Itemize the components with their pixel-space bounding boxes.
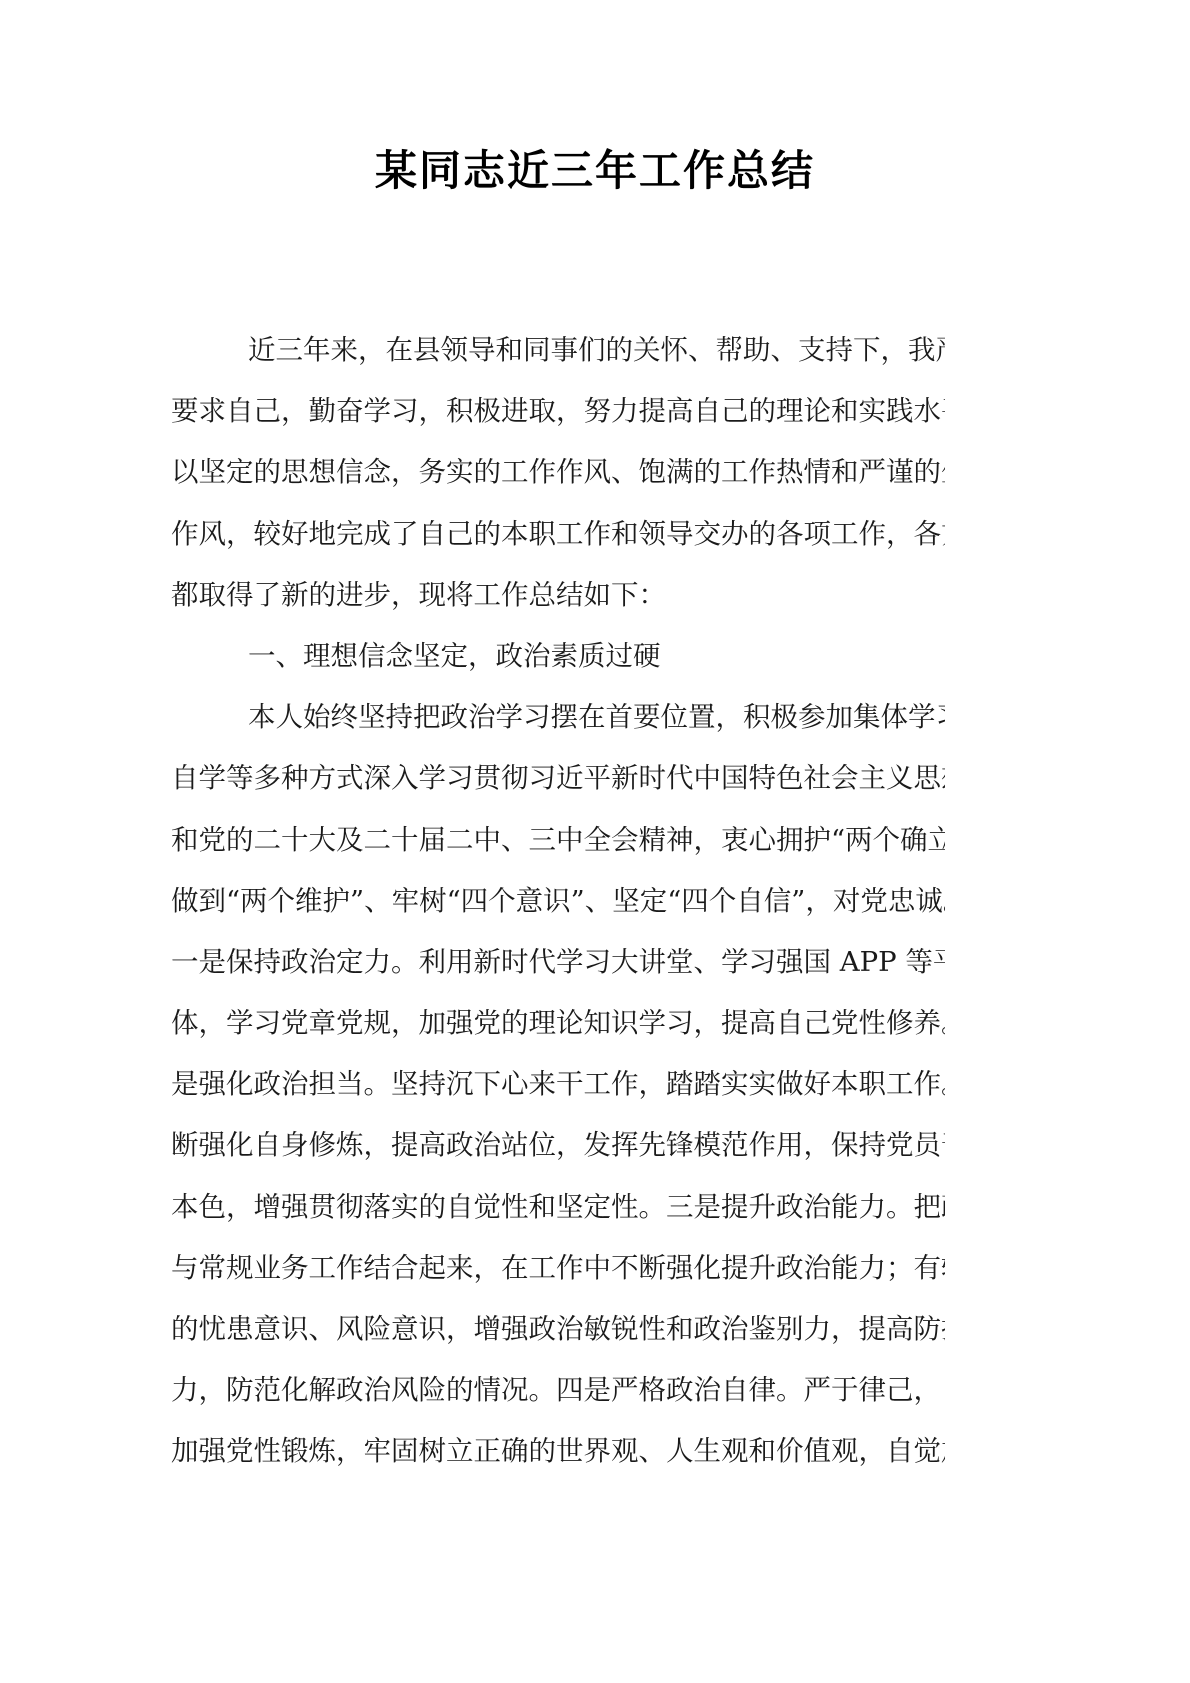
document-page: 某同志近三年工作总结 近三年来，在县领导和同事们的关怀、帮助、支持下，我严格 要…: [0, 0, 1190, 1683]
text-line: 以坚定的思想信念，务实的工作作风、饱满的工作热情和严谨的生活: [171, 442, 945, 503]
text-line: 做到“两个维护”、牢树“四个意识”、坚定“四个自信”，对党忠诚。: [171, 871, 945, 932]
text-line: 加强党性锻炼，牢固树立正确的世界观、人生观和价值观，自觉加强: [171, 1421, 945, 1482]
text-line: 都取得了新的进步，现将工作总结如下：: [171, 565, 945, 626]
text-line: 要求自己，勤奋学习，积极进取，努力提高自己的理论和实践水平，: [171, 381, 945, 442]
text-line: 近三年来，在县领导和同事们的关怀、帮助、支持下，我严格: [171, 320, 945, 381]
text-line: 是强化政治担当。坚持沉下心来干工作，踏踏实实做好本职工作。不: [171, 1054, 945, 1115]
text-line: 作风，较好地完成了自己的本职工作和领导交办的各项工作，各方面: [171, 504, 945, 565]
text-line: 本人始终坚持把政治学习摆在首要位置，积极参加集体学习及: [171, 687, 945, 748]
text-line: 一是保持政治定力。利用新时代学习大讲堂、学习强国 APP 等平台载: [171, 932, 945, 993]
text-line: 自学等多种方式深入学习贯彻习近平新时代中国特色社会主义思想: [171, 748, 945, 809]
document-body: 近三年来，在县领导和同事们的关怀、帮助、支持下，我严格 要求自己，勤奋学习，积极…: [171, 320, 945, 1483]
document-title: 某同志近三年工作总结: [0, 138, 1190, 198]
text-line: 体，学习党章党规，加强党的理论知识学习，提高自己党性修养。二: [171, 993, 945, 1054]
text-line: 与常规业务工作结合起来，在工作中不断强化提升政治能力；有较强: [171, 1238, 945, 1299]
text-line: 和党的二十大及二十届二中、三中全会精神，衷心拥护“两个确立”、: [171, 810, 945, 871]
section-heading: 一、理想信念坚定，政治素质过硬: [171, 626, 945, 687]
text-line: 本色，增强贯彻落实的自觉性和坚定性。三是提升政治能力。把政治: [171, 1177, 945, 1238]
text-line: 的忧患意识、风险意识，增强政治敏锐性和政治鉴别力，提高防控能: [171, 1299, 945, 1360]
text-line: 断强化自身修炼，提高政治站位，发挥先锋模范作用，保持党员干部: [171, 1115, 945, 1176]
text-line: 力，防范化解政治风险的情况。四是严格政治自律。严于律己，自觉: [171, 1360, 945, 1421]
